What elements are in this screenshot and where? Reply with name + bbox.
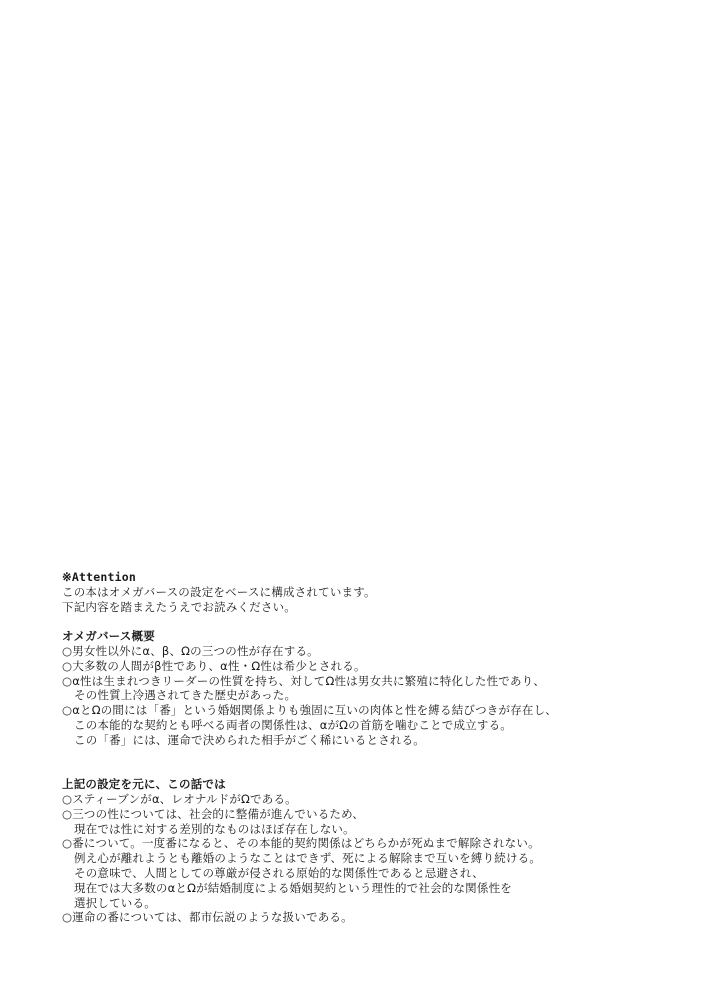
item-line-continued: 現在では性に対する差別的なものはほぼ存在しない。	[62, 822, 682, 837]
story-item: ○運命の番については、都市伝説のような扱いである。	[62, 910, 682, 925]
item-line-continued: 例え心が離れようとも離婚のようなことはできず、死による解除まで互いを縛り続ける。	[62, 851, 682, 866]
notice-page: ※Attention この本はオメガバースの設定をベースに構成されています。 下…	[62, 570, 682, 925]
item-line-continued: その性質上冷遇されてきた歴史があった。	[62, 688, 682, 703]
item-line: ○α性は生まれつきリーダーの性質を持ち、対してΩ性は男女共に繁殖に特化した性であ…	[62, 674, 682, 689]
attention-section: ※Attention この本はオメガバースの設定をベースに構成されています。 下…	[62, 570, 682, 614]
attention-line: この本はオメガバースの設定をベースに構成されています。	[62, 585, 682, 600]
item-line: ○男女性以外にα、β、Ωの三つの性が存在する。	[62, 644, 682, 659]
item-line: ○運命の番については、都市伝説のような扱いである。	[62, 910, 682, 925]
spacer	[62, 614, 682, 629]
overview-section: オメガバース概要 ○男女性以外にα、β、Ωの三つの性が存在する。 ○大多数の人間…	[62, 629, 682, 747]
item-line: ○三つの性については、社会的に整備が進んでいるため、	[62, 807, 682, 822]
item-line-continued: この本能的な契約とも呼べる両者の関係性は、αがΩの首筋を噛むことで成立する。	[62, 718, 682, 733]
story-item: ○番について。一度番になると、その本能的契約関係はどちらかが死ぬまで解除されない…	[62, 836, 682, 910]
item-line-continued: 現在では大多数のαとΩが結婚制度による婚姻契約という理性的で社会的な関係性を	[62, 881, 682, 896]
item-line-continued: この「番」には、運命で決められた相手がごく稀にいるとされる。	[62, 733, 682, 748]
item-line: ○番について。一度番になると、その本能的契約関係はどちらかが死ぬまで解除されない…	[62, 836, 682, 851]
spacer	[62, 762, 682, 777]
overview-item: ○大多数の人間がβ性であり、α性・Ω性は希少とされる。	[62, 659, 682, 674]
item-line: ○αとΩの間には「番」という婚姻関係よりも強固に互いの肉体と性を縛る結びつきが存…	[62, 703, 682, 718]
attention-title: ※Attention	[62, 570, 682, 585]
item-line-continued: その意味で、人間としての尊厳が侵される原始的な関係性であると忌避され、	[62, 866, 682, 881]
item-line-continued: 選択している。	[62, 896, 682, 911]
overview-heading: オメガバース概要	[62, 629, 682, 644]
spacer	[62, 748, 682, 763]
overview-item: ○男女性以外にα、β、Ωの三つの性が存在する。	[62, 644, 682, 659]
attention-line: 下記内容を踏まえたうえでお読みください。	[62, 600, 682, 615]
overview-item: ○αとΩの間には「番」という婚姻関係よりも強固に互いの肉体と性を縛る結びつきが存…	[62, 703, 682, 747]
story-item: ○三つの性については、社会的に整備が進んでいるため、 現在では性に対する差別的な…	[62, 807, 682, 837]
story-heading: 上記の設定を元に、この話では	[62, 777, 682, 792]
story-section: 上記の設定を元に、この話では ○スティーブンがα、レオナルドがΩである。 ○三つ…	[62, 777, 682, 925]
story-item: ○スティーブンがα、レオナルドがΩである。	[62, 792, 682, 807]
item-line: ○大多数の人間がβ性であり、α性・Ω性は希少とされる。	[62, 659, 682, 674]
item-line: ○スティーブンがα、レオナルドがΩである。	[62, 792, 682, 807]
overview-item: ○α性は生まれつきリーダーの性質を持ち、対してΩ性は男女共に繁殖に特化した性であ…	[62, 674, 682, 704]
